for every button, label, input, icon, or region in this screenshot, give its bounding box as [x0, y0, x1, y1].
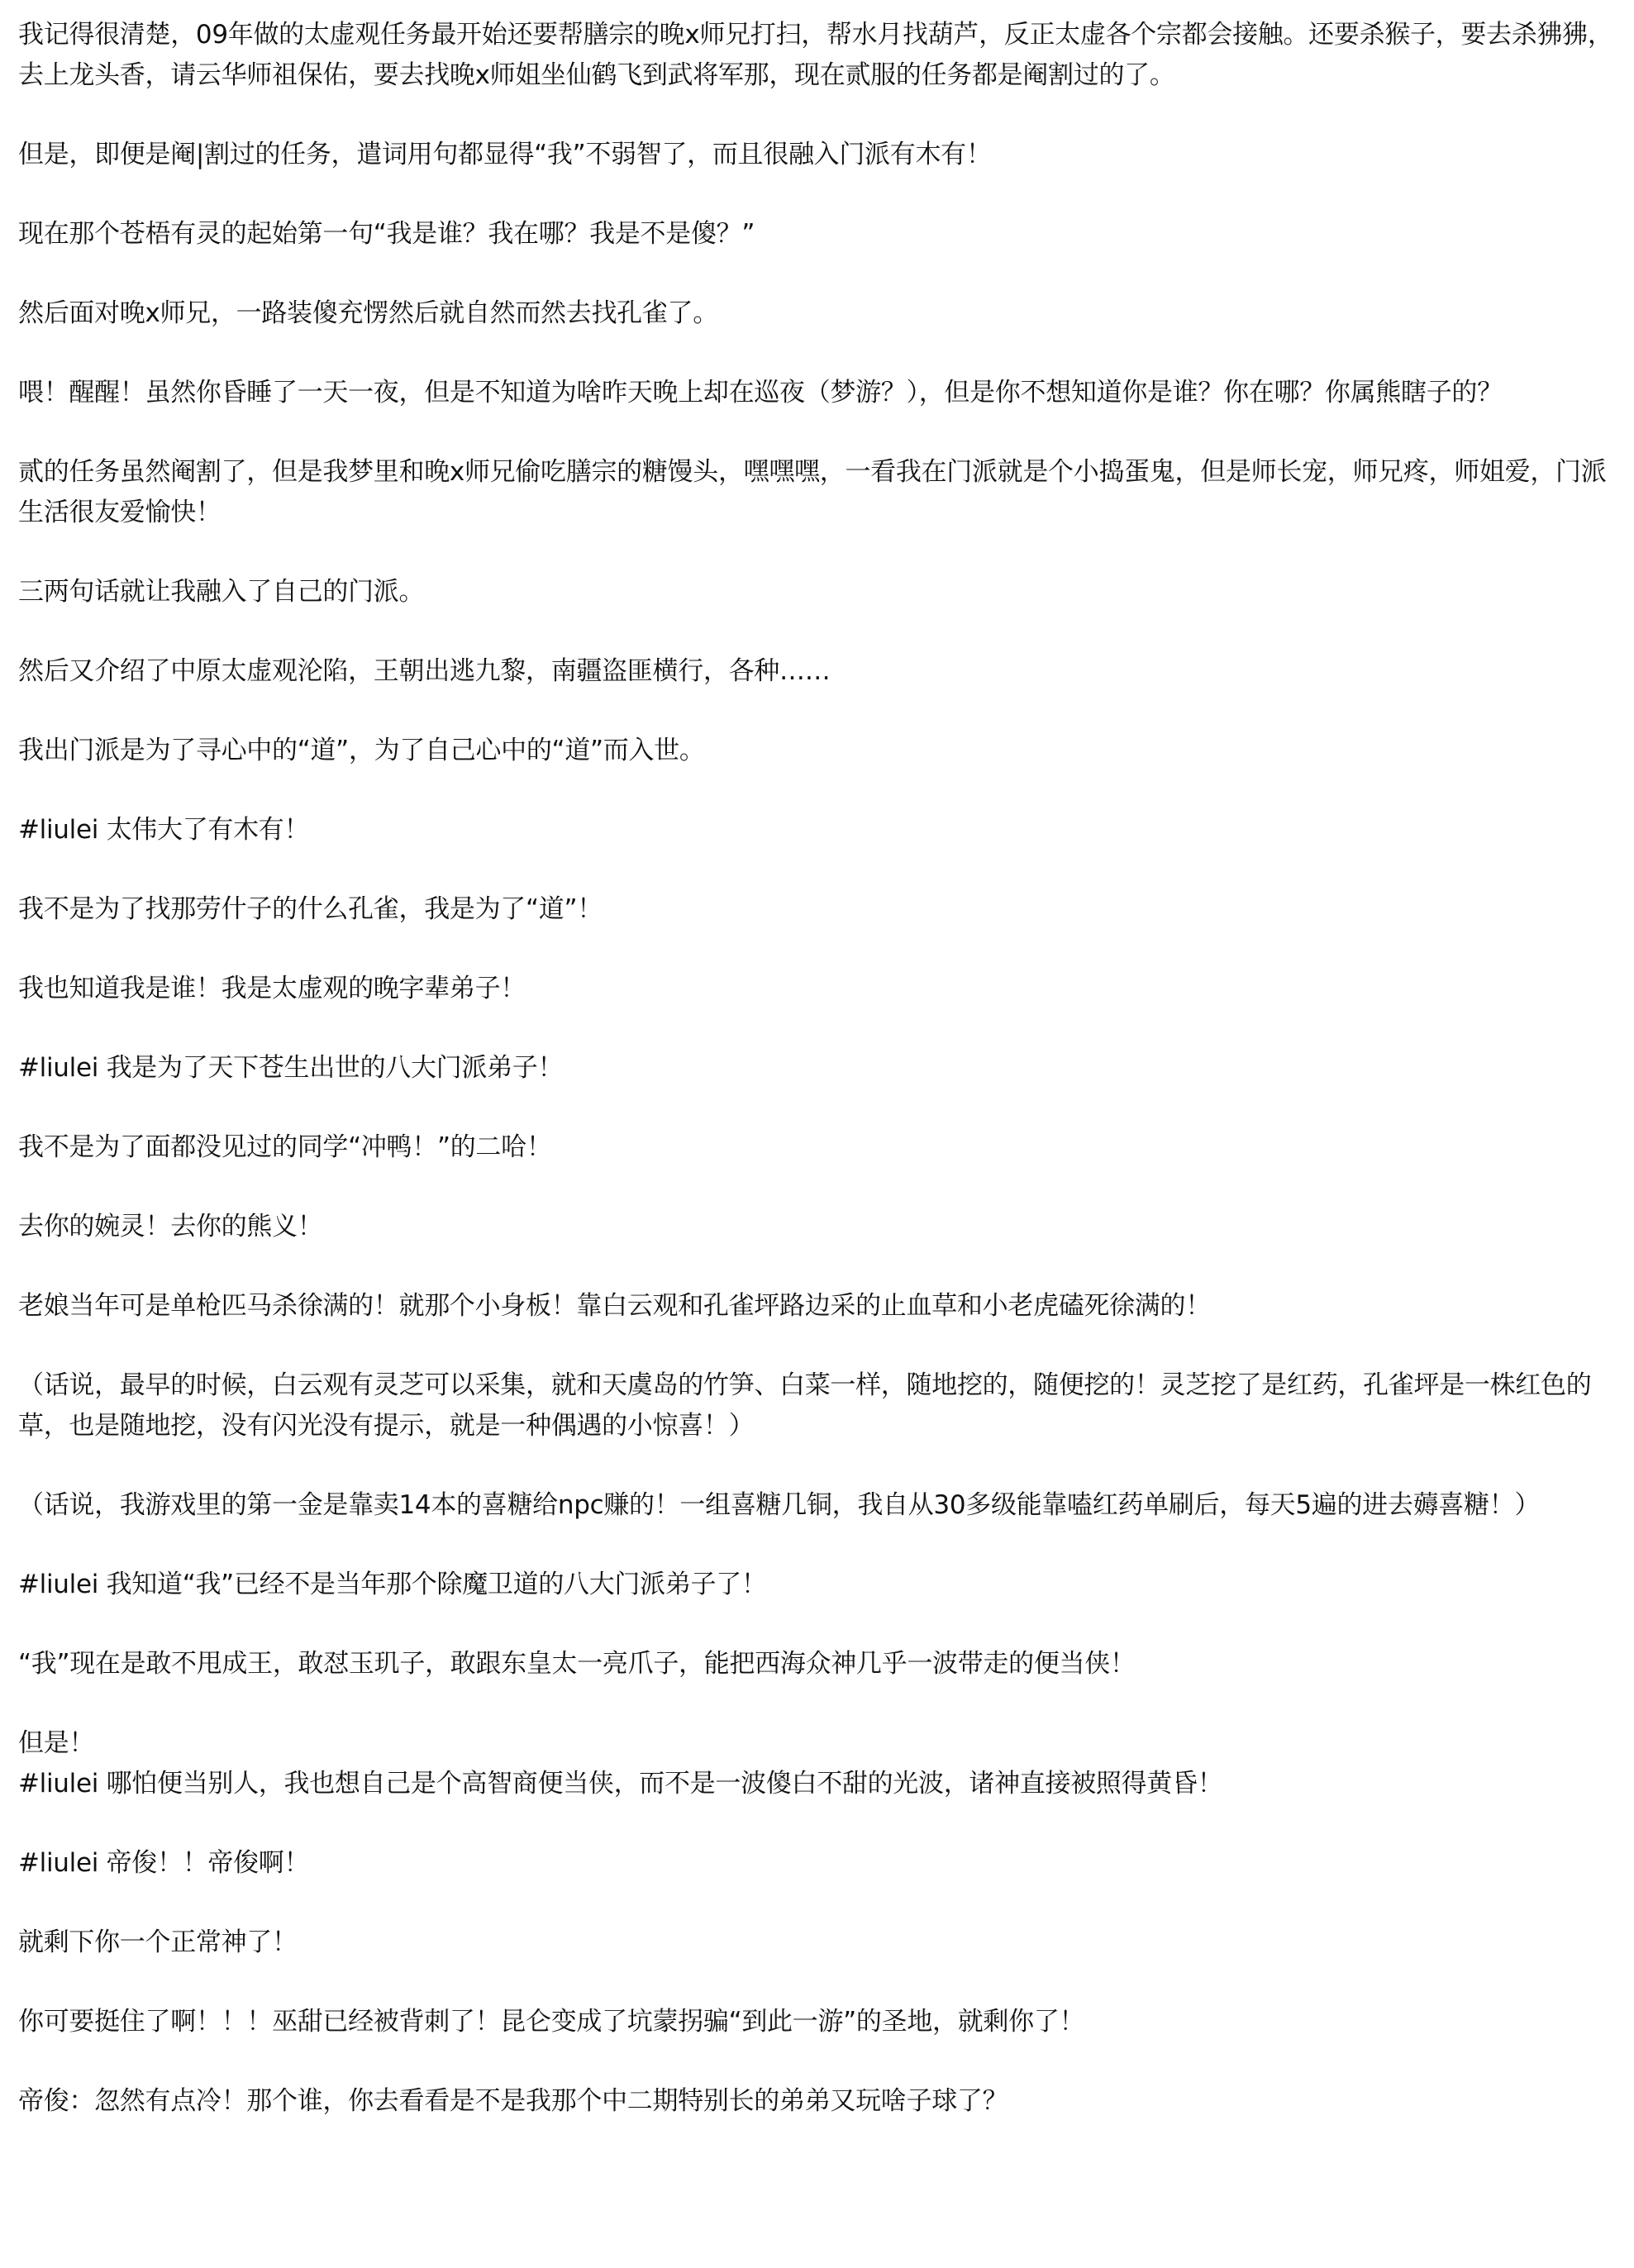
text-line: 然后面对晚x师兄，一路装傻充愣然后就自然而然去找孔雀了。 [18, 293, 1617, 334]
text-line: #liulei 帝俊！！帝俊啊！ [18, 1843, 1617, 1884]
text-line: 但是！ [18, 1723, 1617, 1764]
paragraph-22: #liulei 帝俊！！帝俊啊！ [18, 1843, 1617, 1884]
text-line: 就剩下你一个正常神了！ [18, 1923, 1617, 1963]
text-line: 我也知道我是谁！我是太虚观的晚字辈弟子！ [18, 969, 1617, 1009]
text-line: 三两句话就让我融入了自己的门派。 [18, 572, 1617, 612]
paragraph-14: 我不是为了面都没见过的同学“冲鸭！”的二哈！ [18, 1127, 1617, 1168]
paragraph-21: 但是！#liulei 哪怕便当别人，我也想自己是个高智商便当侠，而不是一波傻白不… [18, 1723, 1617, 1804]
paragraph-16: 老娘当年可是单枪匹马杀徐满的！就那个小身板！靠白云观和孔雀坪路边采的止血草和小老… [18, 1286, 1617, 1327]
paragraph-2: 但是，即便是阉|割过的任务，遣词用句都显得“我”不弱智了，而且很融入门派有木有！ [18, 135, 1617, 175]
paragraph-15: 去你的婉灵！去你的熊义！ [18, 1207, 1617, 1247]
text-line: 然后又介绍了中原太虚观沦陷，王朝出逃九黎，南疆盗匪横行，各种…… [18, 651, 1617, 692]
text-line: 但是，即便是阉|割过的任务，遣词用句都显得“我”不弱智了，而且很融入门派有木有！ [18, 135, 1617, 175]
text-line: 现在那个苍梧有灵的起始第一句“我是谁？我在哪？我是不是傻？” [18, 214, 1617, 255]
paragraph-9: 我出门派是为了寻心中的“道”，为了自己心中的“道”而入世。 [18, 731, 1617, 771]
paragraph-10: #liulei 太伟大了有木有！ [18, 810, 1617, 850]
paragraph-24: 你可要挺住了啊！！！巫甜已经被背刺了！昆仑变成了坑蒙拐骗“到此一游”的圣地，就剩… [18, 2002, 1617, 2042]
text-line: 喂！醒醒！虽然你昏睡了一天一夜，但是不知道为啥昨天晚上却在巡夜（梦游？），但是你… [18, 373, 1617, 413]
paragraph-23: 就剩下你一个正常神了！ [18, 1923, 1617, 1963]
text-line: #liulei 太伟大了有木有！ [18, 810, 1617, 850]
paragraph-5: 喂！醒醒！虽然你昏睡了一天一夜，但是不知道为啥昨天晚上却在巡夜（梦游？），但是你… [18, 373, 1617, 413]
paragraph-18: （话说，我游戏里的第一金是靠卖14本的喜糖给npc赚的！一组喜糖几铜，我自从30… [18, 1485, 1617, 1526]
document-body: 我记得很清楚，09年做的太虚观任务最开始还要帮膳宗的晚x师兄打扫，帮水月找葫芦，… [0, 0, 1634, 2122]
paragraph-4: 然后面对晚x师兄，一路装傻充愣然后就自然而然去找孔雀了。 [18, 293, 1617, 334]
paragraph-3: 现在那个苍梧有灵的起始第一句“我是谁？我在哪？我是不是傻？” [18, 214, 1617, 255]
text-line: 老娘当年可是单枪匹马杀徐满的！就那个小身板！靠白云观和孔雀坪路边采的止血草和小老… [18, 1286, 1617, 1327]
paragraph-17: （话说，最早的时候，白云观有灵芝可以采集，就和天虞岛的竹笋、白菜一样，随地挖的，… [18, 1365, 1617, 1446]
paragraph-1: 我记得很清楚，09年做的太虚观任务最开始还要帮膳宗的晚x师兄打扫，帮水月找葫芦，… [18, 15, 1617, 96]
paragraph-7: 三两句话就让我融入了自己的门派。 [18, 572, 1617, 612]
text-line: 我不是为了面都没见过的同学“冲鸭！”的二哈！ [18, 1127, 1617, 1168]
paragraph-6: 贰的任务虽然阉割了，但是我梦里和晚x师兄偷吃膳宗的糖馒头，嘿嘿嘿，一看我在门派就… [18, 452, 1617, 533]
paragraph-11: 我不是为了找那劳什子的什么孔雀，我是为了“道”！ [18, 889, 1617, 930]
text-line: 你可要挺住了啊！！！巫甜已经被背刺了！昆仑变成了坑蒙拐骗“到此一游”的圣地，就剩… [18, 2002, 1617, 2042]
paragraph-13: #liulei 我是为了天下苍生出世的八大门派弟子！ [18, 1048, 1617, 1089]
text-line: 贰的任务虽然阉割了，但是我梦里和晚x师兄偷吃膳宗的糖馒头，嘿嘿嘿，一看我在门派就… [18, 452, 1617, 533]
paragraph-12: 我也知道我是谁！我是太虚观的晚字辈弟子！ [18, 969, 1617, 1009]
text-line: 我记得很清楚，09年做的太虚观任务最开始还要帮膳宗的晚x师兄打扫，帮水月找葫芦，… [18, 15, 1617, 96]
text-line: #liulei 哪怕便当别人，我也想自己是个高智商便当侠，而不是一波傻白不甜的光… [18, 1764, 1617, 1804]
paragraph-19: #liulei 我知道“我”已经不是当年那个除魔卫道的八大门派弟子了！ [18, 1565, 1617, 1605]
text-line: “我”现在是敢不甩成王，敢怼玉玑子，敢跟东皇太一亮爪子，能把西海众神几乎一波带走… [18, 1644, 1617, 1684]
text-line: #liulei 我是为了天下苍生出世的八大门派弟子！ [18, 1048, 1617, 1089]
text-line: （话说，最早的时候，白云观有灵芝可以采集，就和天虞岛的竹笋、白菜一样，随地挖的，… [18, 1365, 1617, 1446]
paragraph-25: 帝俊：忽然有点冷！那个谁，你去看看是不是我那个中二期特别长的弟弟又玩啥子球了？ [18, 2081, 1617, 2122]
text-line: 我出门派是为了寻心中的“道”，为了自己心中的“道”而入世。 [18, 731, 1617, 771]
text-line: （话说，我游戏里的第一金是靠卖14本的喜糖给npc赚的！一组喜糖几铜，我自从30… [18, 1485, 1617, 1526]
text-line: 帝俊：忽然有点冷！那个谁，你去看看是不是我那个中二期特别长的弟弟又玩啥子球了？ [18, 2081, 1617, 2122]
text-line: #liulei 我知道“我”已经不是当年那个除魔卫道的八大门派弟子了！ [18, 1565, 1617, 1605]
text-line: 去你的婉灵！去你的熊义！ [18, 1207, 1617, 1247]
text-line: 我不是为了找那劳什子的什么孔雀，我是为了“道”！ [18, 889, 1617, 930]
paragraph-8: 然后又介绍了中原太虚观沦陷，王朝出逃九黎，南疆盗匪横行，各种…… [18, 651, 1617, 692]
paragraph-20: “我”现在是敢不甩成王，敢怼玉玑子，敢跟东皇太一亮爪子，能把西海众神几乎一波带走… [18, 1644, 1617, 1684]
